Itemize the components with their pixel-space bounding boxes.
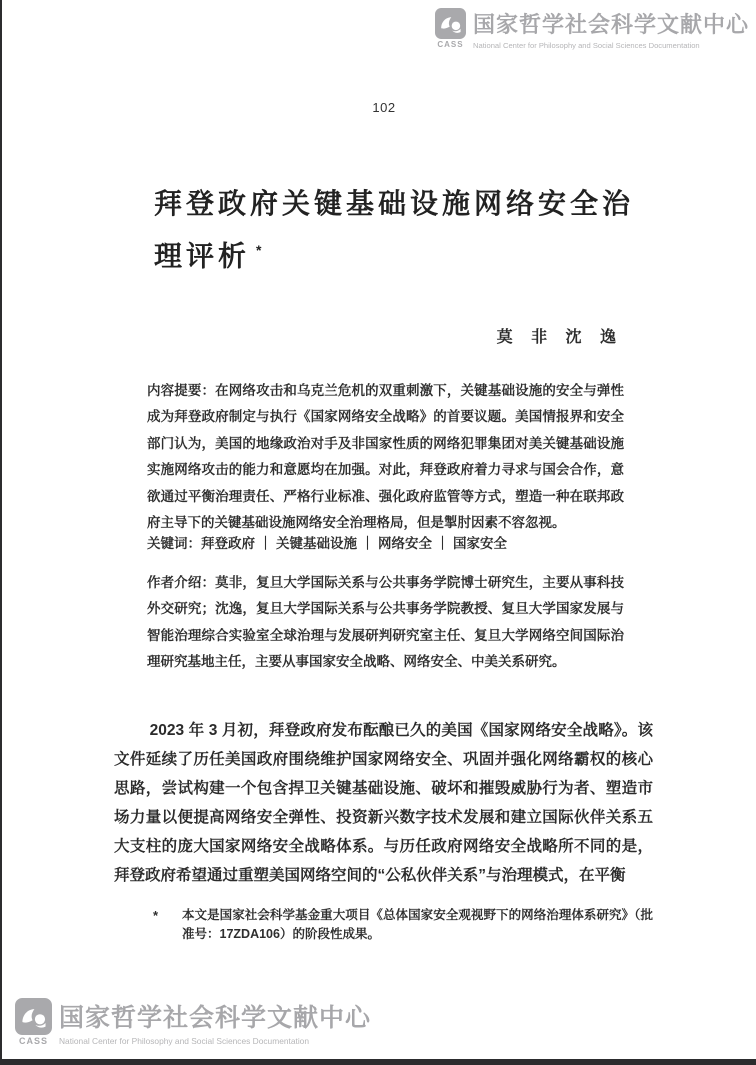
cass-logo-text: 国家哲学社会科学文献中心 National Center for Philoso… xyxy=(473,8,749,50)
cass-logo-bottom: CASS 国家哲学社会科学文献中心 National Center for Ph… xyxy=(15,998,371,1046)
keywords-line: 关键词：拜登政府 ｜ 关键基础设施 ｜ 网络安全 ｜ 国家安全 xyxy=(147,531,624,557)
page-number: 102 xyxy=(114,100,654,115)
cass-logo-mark: CASS xyxy=(435,8,466,49)
document-page: CASS 国家哲学社会科学文献中心 National Center for Ph… xyxy=(0,0,756,1065)
authors-intro-paragraph: 作者介绍：莫非，复旦大学国际关系与公共事务学院博士研究生，主要从事科技外交研究；… xyxy=(147,570,624,676)
article-title: 拜登政府关键基础设施网络安全治理评析* xyxy=(154,181,654,279)
abstract-label: 内容提要： xyxy=(147,383,215,398)
abstract-text: 在网络攻击和乌克兰危机的双重刺激下，关键基础设施的安全与弹性成为拜登政府制定与执… xyxy=(147,383,624,530)
cass-logo-icon xyxy=(15,998,52,1035)
article-title-text: 拜登政府关键基础设施网络安全治理评析 xyxy=(154,188,634,271)
cass-acronym: CASS xyxy=(19,1036,48,1046)
body-paragraph: 2023 年 3 月初，拜登政府发布酝酿已久的美国《国家网络安全战略》。该文件延… xyxy=(114,716,653,890)
cass-logo-subtitle-en: National Center for Philosophy and Socia… xyxy=(473,41,749,50)
footnote-mark: * xyxy=(153,906,182,925)
cass-logo-top: CASS 国家哲学社会科学文献中心 National Center for Ph… xyxy=(435,8,749,50)
cass-logo-text: 国家哲学社会科学文献中心 National Center for Philoso… xyxy=(59,998,371,1046)
cass-acronym: CASS xyxy=(437,40,463,49)
title-footnote-mark: * xyxy=(256,242,265,258)
abstract-paragraph: 内容提要：在网络攻击和乌克兰危机的双重刺激下，关键基础设施的安全与弹性成为拜登政… xyxy=(147,378,624,536)
footnote: * 本文是国家社会科学基金重大项目《总体国家安全观视野下的网络治理体系研究》（批… xyxy=(153,906,653,944)
cass-logo-mark: CASS xyxy=(15,998,52,1046)
authors-intro-text: 莫非，复旦大学国际关系与公共事务学院博士研究生，主要从事科技外交研究；沈逸，复旦… xyxy=(147,575,624,669)
cass-logo-subtitle-en: National Center for Philosophy and Socia… xyxy=(59,1036,371,1046)
authors-intro-label: 作者介绍： xyxy=(147,575,215,590)
keywords-label: 关键词： xyxy=(147,536,201,551)
cass-logo-title-cn: 国家哲学社会科学文献中心 xyxy=(59,998,371,1034)
keywords-text: 拜登政府 ｜ 关键基础设施 ｜ 网络安全 ｜ 国家安全 xyxy=(201,536,507,551)
footnote-text: 本文是国家社会科学基金重大项目《总体国家安全观视野下的网络治理体系研究》（批准号… xyxy=(182,906,653,944)
cass-logo-icon xyxy=(435,8,466,39)
article-authors: 莫 非 沈 逸 xyxy=(147,324,623,347)
cass-logo-title-cn: 国家哲学社会科学文献中心 xyxy=(473,8,749,39)
